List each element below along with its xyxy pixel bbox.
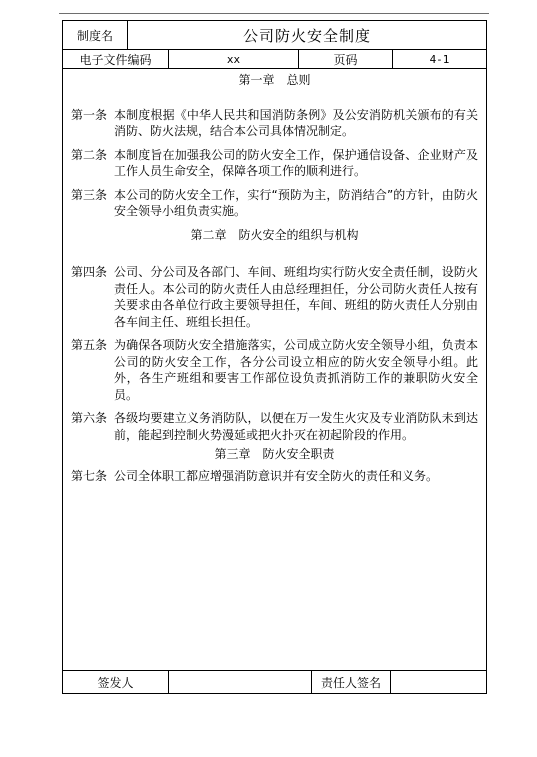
article-1-label: 第一条 — [71, 107, 107, 140]
issuer-value — [169, 671, 312, 693]
article-3: 第三条 本公司的防火安全工作，实行“预防为主，防消结合”的方针，由防火安全领导小… — [71, 187, 478, 220]
article-4-text: 公司、分公司及各部门、车间、班组均实行防火安全责任制，设防火责任人。本公司的防火… — [114, 264, 478, 330]
document-page: 制度名 公司防火安全制度 电子文件编码 xx 页码 4-1 第一章 总则 第一条… — [0, 0, 537, 757]
page-number-value: 4-1 — [393, 50, 486, 68]
article-4-label: 第四条 — [71, 264, 107, 330]
article-2: 第二条 本制度旨在加强我公司的防火安全工作，保护通信设备、企业财产及工作人员生命… — [71, 147, 478, 180]
chapter-2-heading: 第二章 防火安全的组织与机构 — [71, 227, 478, 244]
article-2-label: 第二条 — [71, 147, 107, 180]
signature-value — [391, 671, 486, 693]
article-6: 第六条 各级均要建立义务消防队，以便在万一发生火灾及专业消防队未到达前，能起到控… — [71, 410, 478, 443]
article-5-text: 为确保各项防火安全措施落实，公司成立防火安全领导小组，负责本公司的防火安全工作，… — [114, 337, 478, 403]
chapter-1-heading: 第一章 总则 — [71, 72, 478, 89]
article-6-label: 第六条 — [71, 410, 107, 443]
title-row: 制度名 公司防火安全制度 — [63, 21, 486, 50]
article-7-text: 公司全体职工都应增强消防意识并有安全防火的责任和义务。 — [114, 468, 478, 485]
article-5: 第五条 为确保各项防火安全措施落实，公司成立防火安全领导小组，负责本公司的防火安… — [71, 337, 478, 403]
signature-label: 责任人签名 — [312, 671, 391, 693]
issuer-label: 签发人 — [63, 671, 169, 693]
page-number-label: 页码 — [299, 50, 393, 68]
article-7: 第七条 公司全体职工都应增强消防意识并有安全防火的责任和义务。 — [71, 468, 478, 485]
article-6-text: 各级均要建立义务消防队，以便在万一发生火灾及专业消防队未到达前，能起到控制火势漫… — [114, 410, 478, 443]
system-name-label: 制度名 — [63, 21, 128, 49]
article-3-label: 第三条 — [71, 187, 107, 220]
meta-row: 电子文件编码 xx 页码 4-1 — [63, 50, 486, 69]
article-7-label: 第七条 — [71, 468, 107, 485]
signature-row: 签发人 责任人签名 — [63, 671, 486, 693]
chapter-3-heading: 第三章 防火安全职责 — [71, 446, 478, 463]
article-5-label: 第五条 — [71, 337, 107, 403]
article-2-text: 本制度旨在加强我公司的防火安全工作，保护通信设备、企业财产及工作人员生命安全，保… — [114, 147, 478, 180]
document-body: 第一章 总则 第一条 本制度根据《中华人民共和国消防条例》及公安消防机关颁布的有… — [63, 69, 486, 671]
top-rule — [59, 13, 489, 14]
article-4: 第四条 公司、分公司及各部门、车间、班组均实行防火安全责任制，设防火责任人。本公… — [71, 264, 478, 330]
file-code-label: 电子文件编码 — [63, 50, 169, 68]
article-3-text: 本公司的防火安全工作，实行“预防为主，防消结合”的方针，由防火安全领导小组负责实… — [114, 187, 478, 220]
article-1: 第一条 本制度根据《中华人民共和国消防条例》及公安消防机关颁布的有关消防、防火法… — [71, 107, 478, 140]
document-table: 制度名 公司防火安全制度 电子文件编码 xx 页码 4-1 第一章 总则 第一条… — [62, 20, 487, 694]
article-1-text: 本制度根据《中华人民共和国消防条例》及公安消防机关颁布的有关消防、防火法规，结合… — [114, 107, 478, 140]
document-title: 公司防火安全制度 — [128, 21, 486, 49]
file-code-value: xx — [169, 50, 299, 68]
